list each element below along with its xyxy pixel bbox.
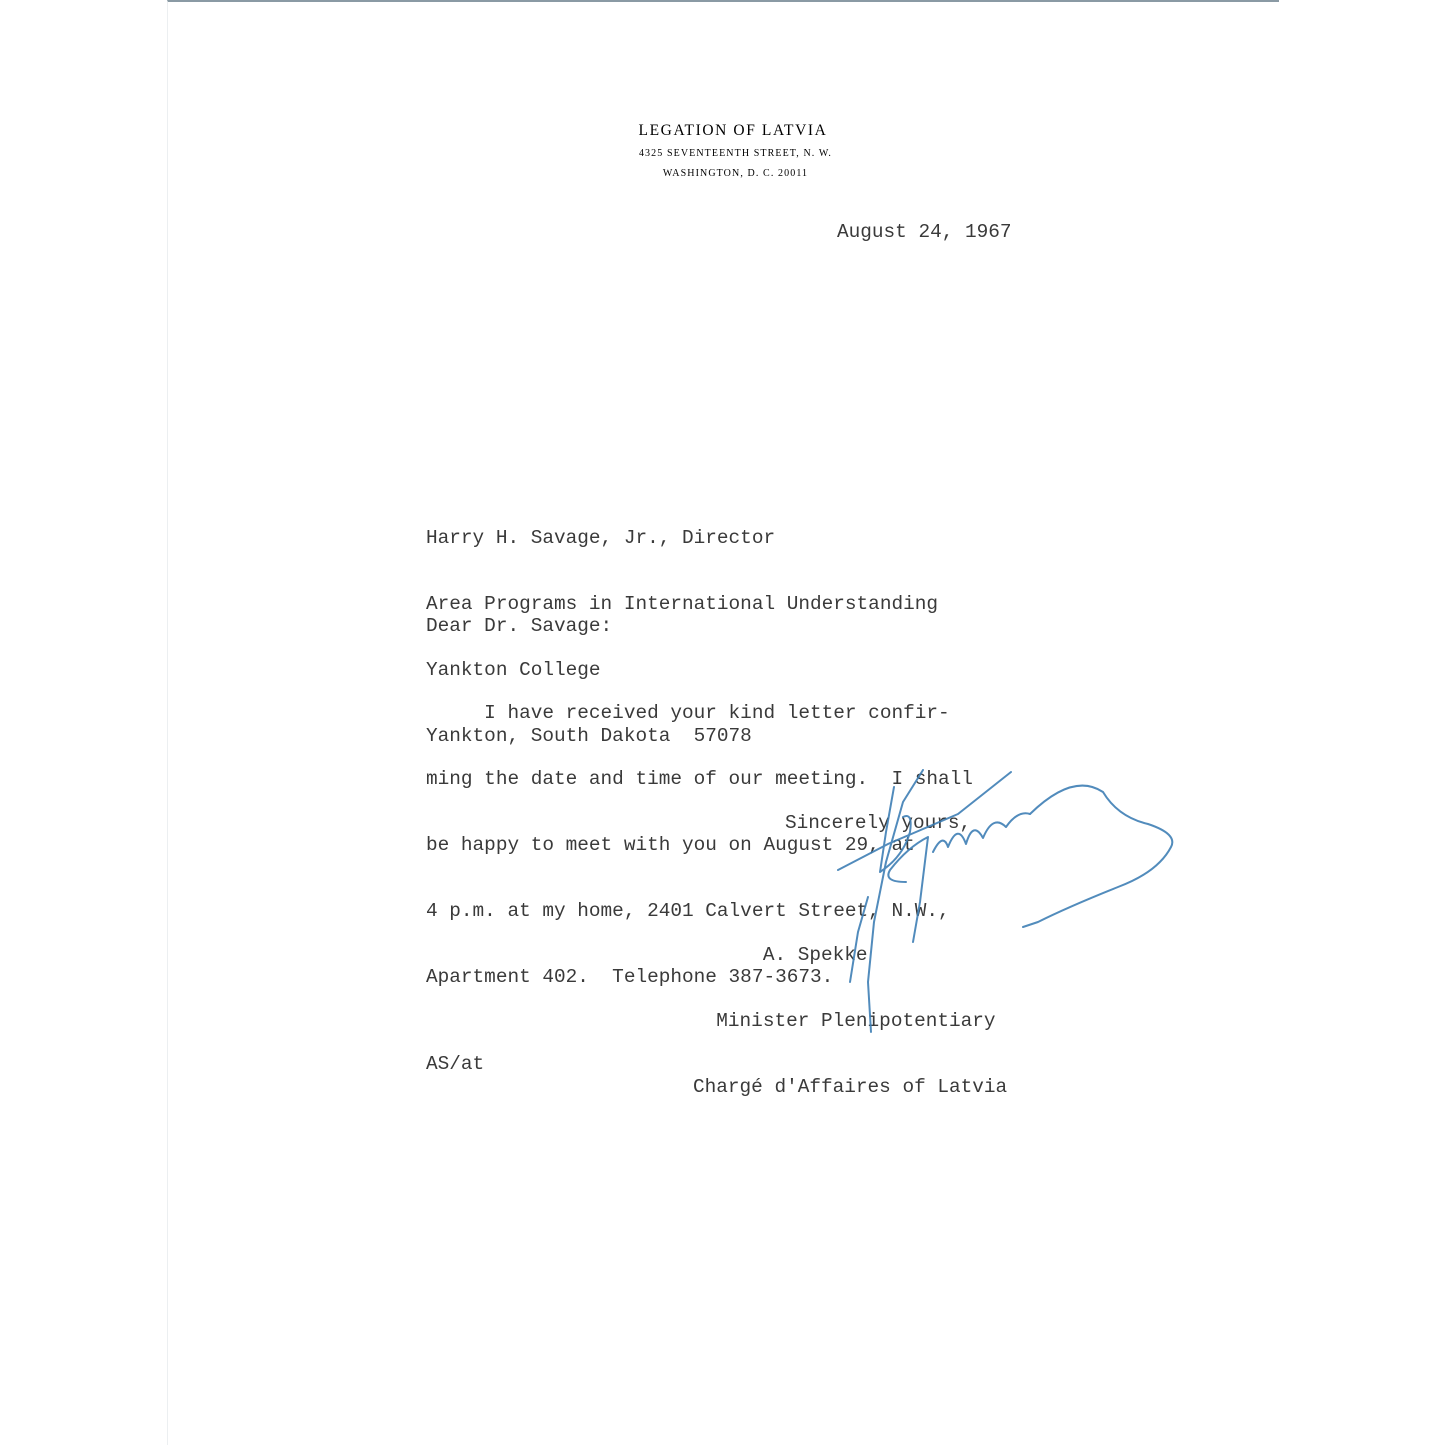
signer-name: A. Spekke <box>693 944 1007 966</box>
letter-page: LEGATION OF LATVIA 4325 SEVENTEENTH STRE… <box>167 0 1279 1445</box>
signer-title: Minister Plenipotentiary <box>693 1010 1007 1032</box>
signature-block: A. Spekke Minister Plenipotentiary Charg… <box>693 900 1007 1142</box>
letterhead-address-city: WASHINGTON, D. C. 20011 <box>613 168 858 179</box>
reference-initials: AS/at <box>426 1053 484 1075</box>
recipient-line: Area Programs in International Understan… <box>426 593 938 615</box>
closing: Sincerely yours, <box>785 812 971 834</box>
letterhead-address-street: 4325 SEVENTEENTH STREET, N. W. <box>613 148 858 159</box>
letterhead-title: LEGATION OF LATVIA <box>613 122 853 140</box>
signer-office: Chargé d'Affaires of Latvia <box>693 1076 1007 1098</box>
body-line: ming the date and time of our meeting. I… <box>426 768 973 790</box>
letter-date: August 24, 1967 <box>837 221 1012 243</box>
body-line: I have received your kind letter confir- <box>426 702 973 724</box>
body-line: be happy to meet with you on August 29, … <box>426 834 973 856</box>
recipient-line: Harry H. Savage, Jr., Director <box>426 527 938 549</box>
salutation: Dear Dr. Savage: <box>426 615 612 637</box>
